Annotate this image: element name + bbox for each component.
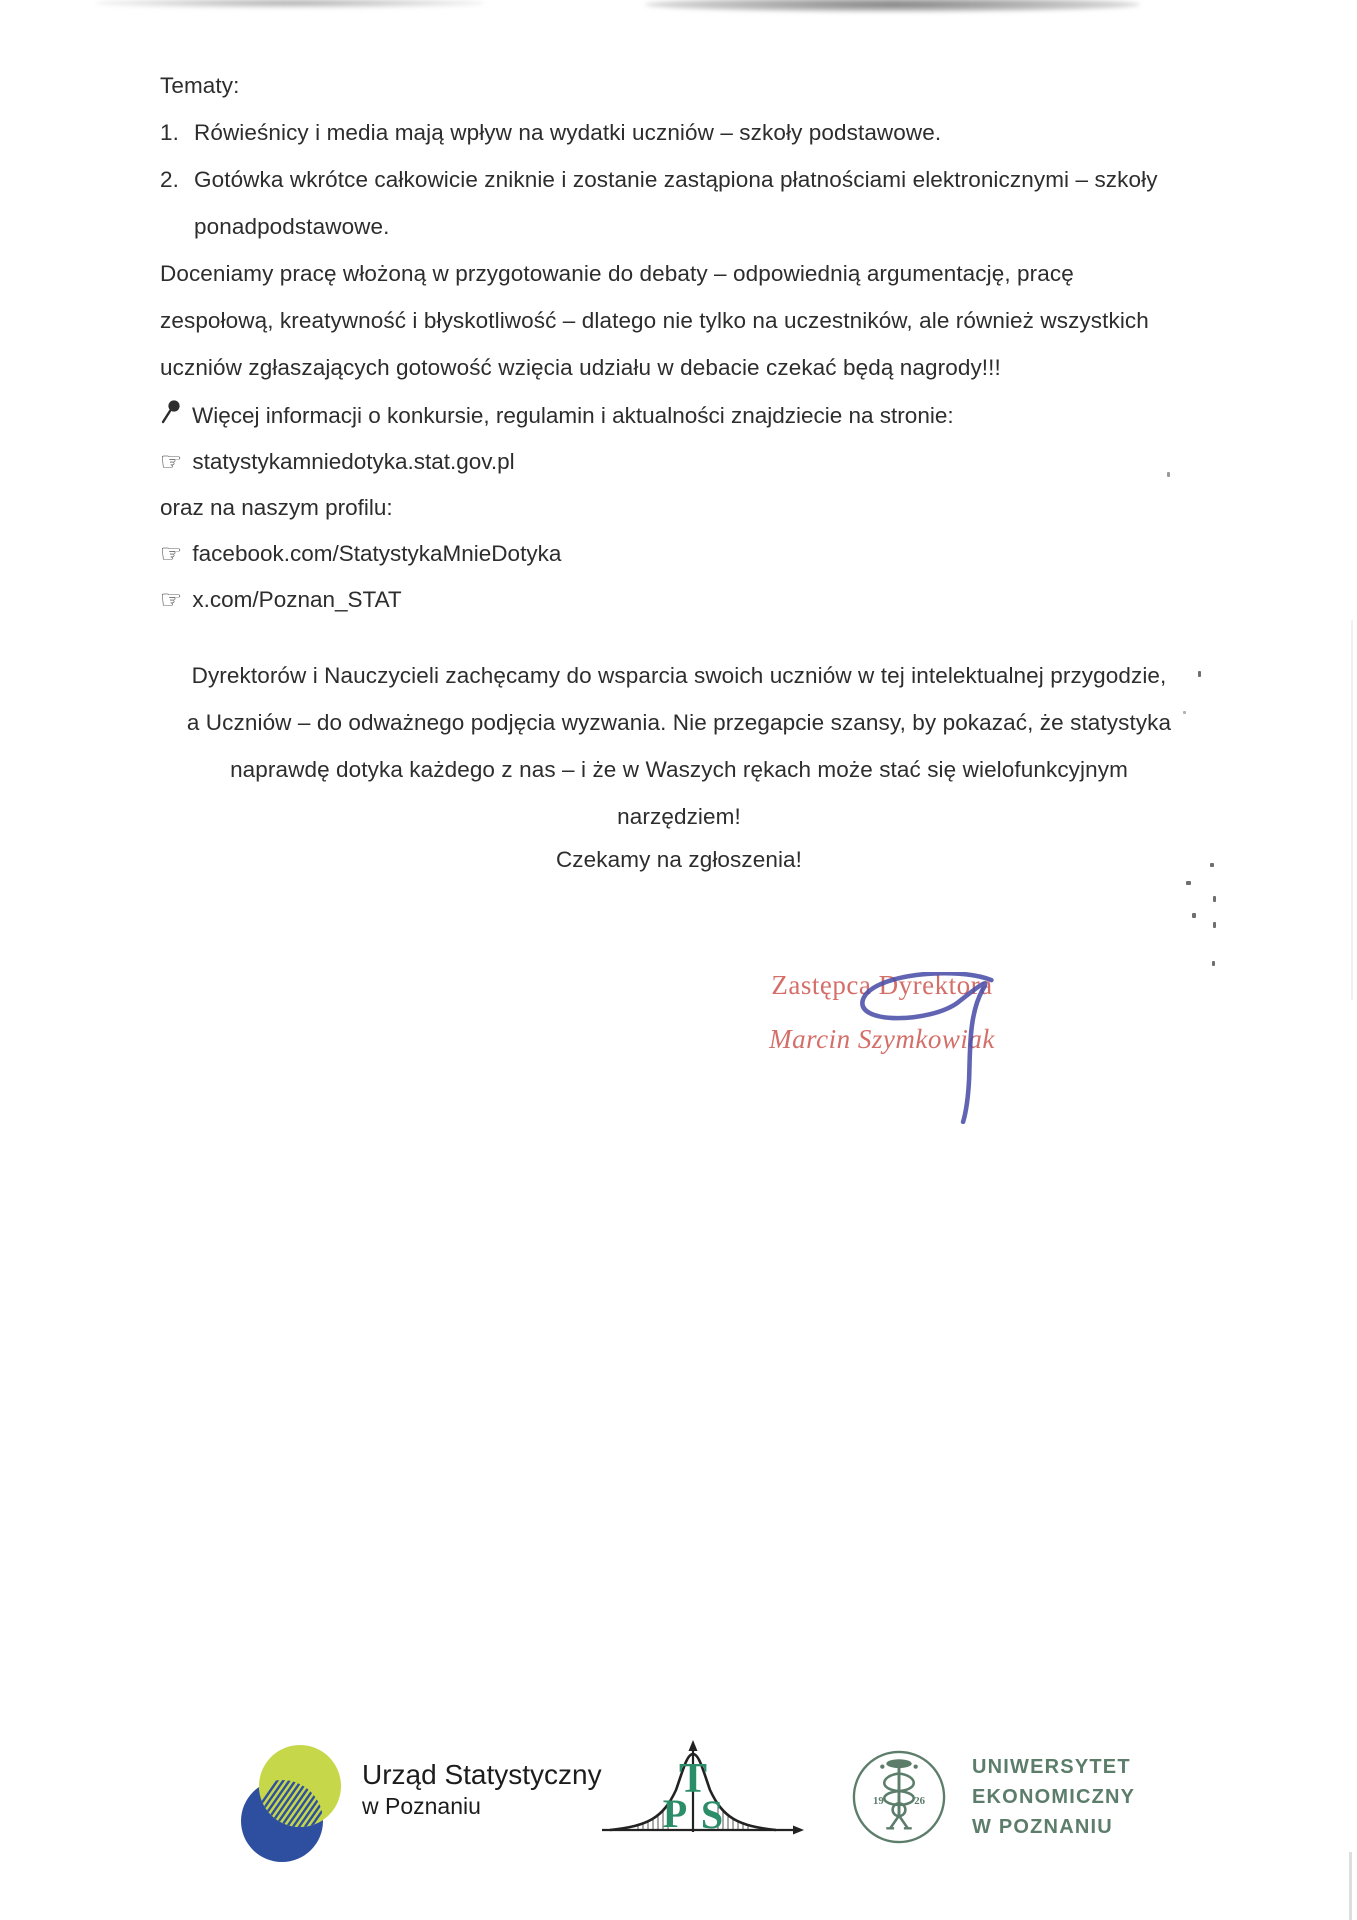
pointing-hand-icon: ☞ [160,531,182,577]
scan-speck [1192,913,1196,918]
appreciation-paragraph: Doceniamy pracę włożoną w przygotowanie … [160,250,1215,391]
paragraph-line: uczniów zgłaszających gotowość wzięcia u… [160,344,1215,391]
scan-speck [1210,863,1214,867]
scanned-letter-page: Tematy: 1. Rówieśnicy i media mają wpływ… [0,0,1357,1920]
scan-speck [1213,922,1216,928]
pts-logo: T P S [598,1740,808,1842]
paragraph-line: zespołową, kreatywność i błyskotliwość –… [160,297,1215,344]
website-link-line: ☞ statystykamniedotyka.stat.gov.pl [160,439,1215,485]
university-line: UNIWERSYTET [972,1752,1135,1782]
pts-letter-p: P [663,1791,687,1836]
website-link[interactable]: statystykamniedotyka.stat.gov.pl [192,439,514,485]
facebook-link-line: ☞ facebook.com/StatystykaMnieDotyka [160,531,1215,577]
scan-speck [1213,896,1216,902]
scan-speck [1212,961,1215,966]
university-text: UNIWERSYTET EKONOMICZNY W POZNANIU [972,1752,1135,1842]
closing-line: Czekamy na zgłoszenia! [148,836,1210,883]
university-year-right: 26 [914,1795,925,1807]
paragraph-line: Doceniamy pracę włożoną w przygotowanie … [160,250,1215,297]
profile-heading-line: oraz na naszym profilu: [160,485,1215,531]
topic-number: 2. [160,156,194,250]
topic-text-line: ponadpodstawowe. [194,203,1158,250]
university-line: W POZNANIU [972,1812,1135,1842]
topic-text-line: Gotówka wkrótce całkowicie zniknie i zos… [194,156,1158,203]
topics-heading: Tematy: [160,62,1215,109]
statistical-office-city: w Poznaniu [362,1792,602,1820]
pointing-hand-icon: ☞ [160,577,182,623]
x-link-line: ☞ x.com/Poznan_STAT [160,577,1215,623]
scan-edge-line-faint [1351,620,1353,1000]
university-year-left: 19 [873,1795,884,1807]
info-heading-line: Więcej informacji o konkursie, regulamin… [160,393,1215,439]
statistical-office-text: Urząd Statystyczny w Poznaniu [362,1758,602,1820]
topic-text: Rówieśnicy i media mają wpływ na wydatki… [194,109,941,156]
facebook-link[interactable]: facebook.com/StatystykaMnieDotyka [192,531,561,577]
profile-heading: oraz na naszym profilu: [160,485,393,531]
scan-smudge-top-right [645,0,1140,12]
scan-edge-line [1349,1852,1352,1920]
info-heading: Więcej informacji o konkursie, regulamin… [192,393,954,439]
signature-ink [828,972,1013,1124]
pushpin-icon [160,395,182,441]
university-line: EKONOMICZNY [972,1782,1135,1812]
statistical-office-name: Urząd Statystyczny [362,1758,602,1792]
paragraph-line: Dyrektorów i Nauczycieli zachęcamy do ws… [148,652,1210,699]
paragraph-line: naprawdę dotyka każdego z nas – i że w W… [148,746,1210,793]
paragraph-line: a Uczniów – do odważnego podjęcia wyzwan… [148,699,1210,746]
paragraph-line: narzędziem! [148,793,1210,840]
topic-item-1: 1. Rówieśnicy i media mają wpływ na wyda… [160,109,1215,156]
x-link[interactable]: x.com/Poznan_STAT [192,577,401,623]
university-emblem: 19 26 [850,1748,948,1846]
pointing-hand-icon: ☞ [160,439,182,485]
links-section: Więcej informacji o konkursie, regulamin… [160,393,1215,623]
topic-number: 1. [160,109,194,156]
encouragement-paragraph: Dyrektorów i Nauczycieli zachęcamy do ws… [148,652,1210,840]
topics-section: Tematy: 1. Rówieśnicy i media mają wpływ… [160,62,1215,391]
statistical-office-logo [236,1744,358,1866]
pts-letter-s: S [701,1792,723,1837]
scan-smudge-top-left [95,0,485,8]
topic-item-2: 2. Gotówka wkrótce całkowicie zniknie i … [160,156,1215,250]
